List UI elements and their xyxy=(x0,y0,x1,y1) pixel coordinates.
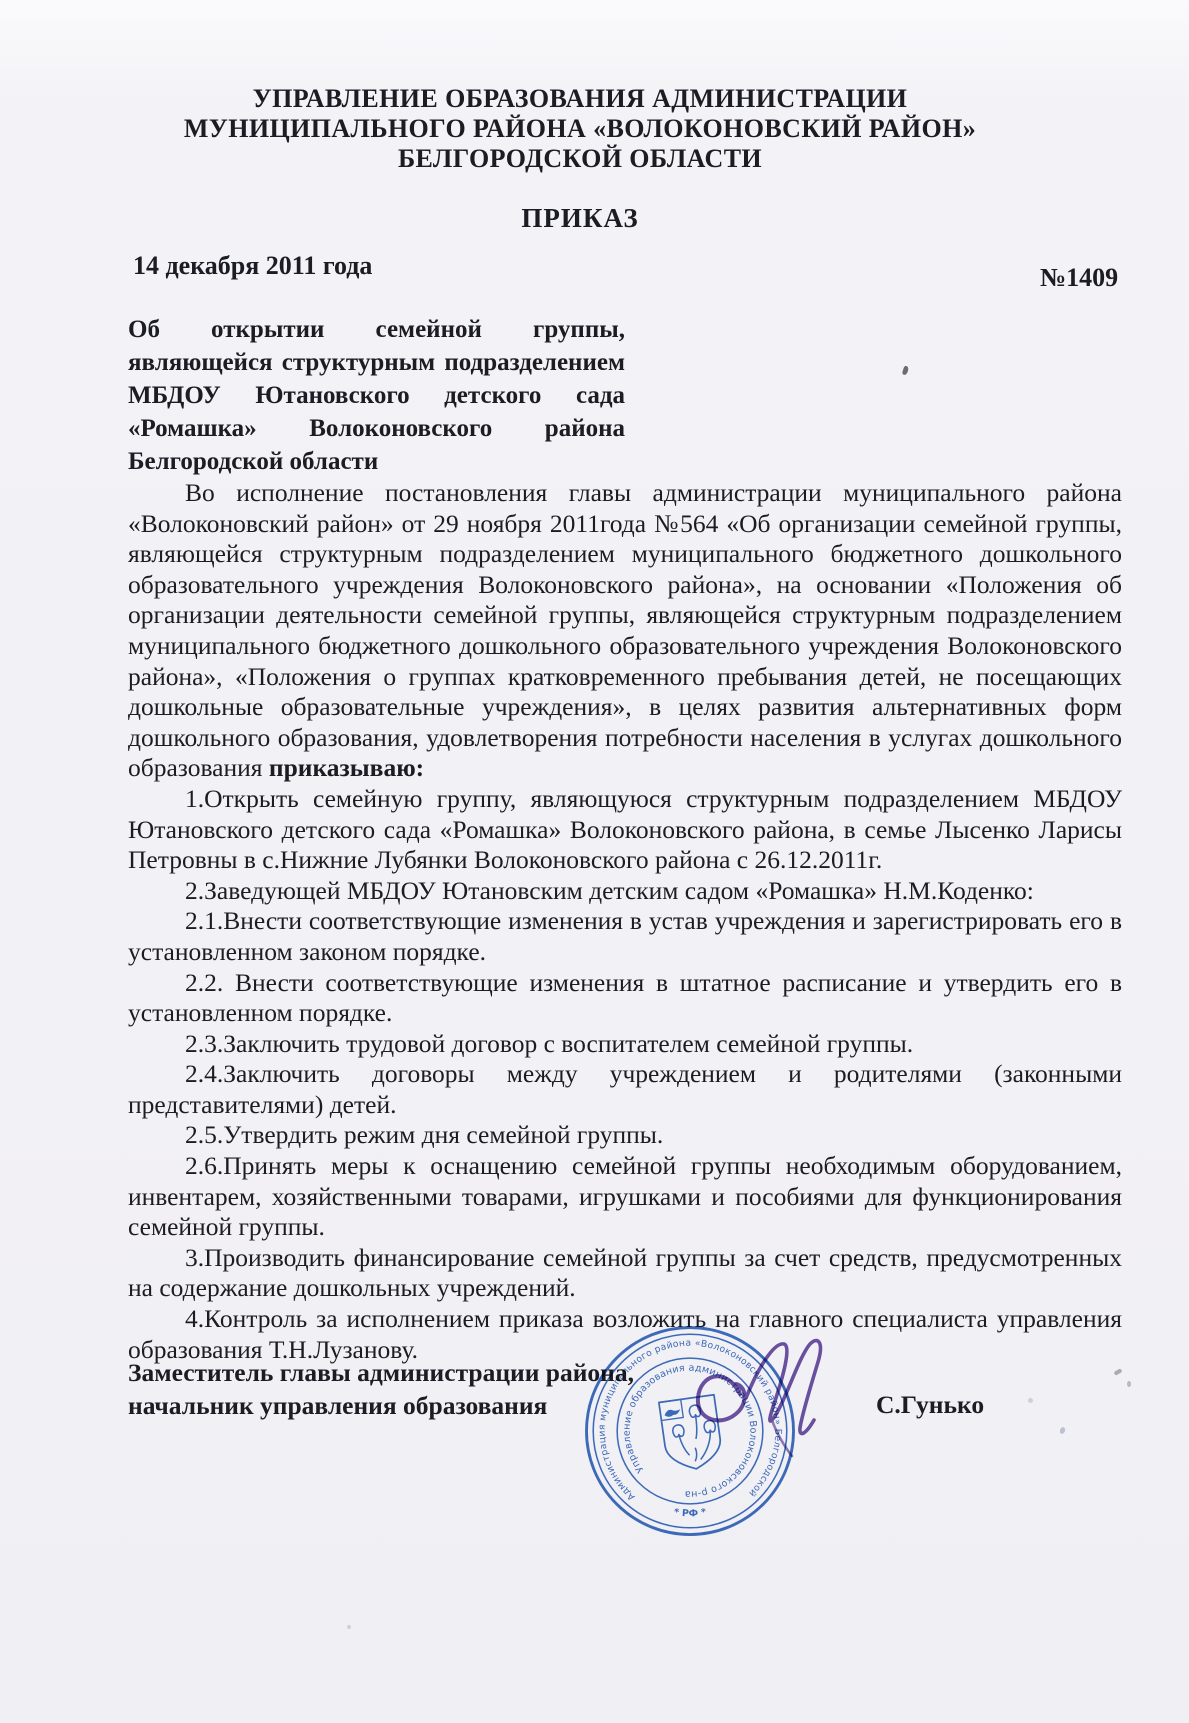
document-number: №1409 xyxy=(1040,263,1118,293)
order-item: 2.3.Заключить трудовой договор с воспита… xyxy=(128,1029,1122,1060)
issuing-authority-header: УПРАВЛЕНИЕ ОБРАЗОВАНИЯ АДМИНИСТРАЦИИ МУН… xyxy=(80,84,1080,174)
scan-artifact xyxy=(520,1140,524,1144)
handwritten-signature xyxy=(688,1328,848,1468)
order-item: 2.Заведующей МБДОУ Ютановским детским са… xyxy=(128,876,1122,907)
scan-artifact xyxy=(1059,1426,1066,1434)
authority-line-1: УПРАВЛЕНИЕ ОБРАЗОВАНИЯ АДМИНИСТРАЦИИ xyxy=(80,84,1080,114)
scanned-order-document: УПРАВЛЕНИЕ ОБРАЗОВАНИЯ АДМИНИСТРАЦИИ МУН… xyxy=(0,0,1189,1723)
document-body: Во исполнение постановления главы админи… xyxy=(128,478,1122,1365)
preamble-paragraph: Во исполнение постановления главы админи… xyxy=(128,478,1122,784)
signatory-name: С.Гунько xyxy=(876,1388,984,1421)
document-date: 14 декабря 2011 года xyxy=(133,251,372,281)
order-keyword: приказываю: xyxy=(269,753,424,782)
stamp-rf-text: * РФ * xyxy=(673,1507,707,1520)
order-item: 2.2. Внести соответствующие изменения в … xyxy=(128,968,1122,1029)
scan-artifact xyxy=(1028,1398,1033,1403)
order-item: 1.Открыть семейную группу, являющуюся ст… xyxy=(128,784,1122,876)
authority-line-2: МУНИЦИПАЛЬНОГО РАЙОНА «ВОЛОКОНОВСКИЙ РАЙ… xyxy=(80,114,1080,144)
order-item: 2.6.Принять меры к оснащению семейной гр… xyxy=(128,1151,1122,1243)
scan-artifact xyxy=(1127,1381,1131,1387)
order-item: 3.Производить финансирование семейной гр… xyxy=(128,1243,1122,1304)
scan-artifact xyxy=(347,1625,351,1629)
order-item: 2.4.Заключить договоры между учреждением… xyxy=(128,1059,1122,1120)
document-type-title: ПРИКАЗ xyxy=(80,203,1080,234)
scan-artifact xyxy=(902,365,910,375)
order-item: 2.1.Внести соответствующие изменения в у… xyxy=(128,906,1122,967)
eagle-icon xyxy=(664,1408,681,1417)
authority-line-3: БЕЛГОРОДСКОЙ ОБЛАСТИ xyxy=(80,144,1080,174)
order-item: 2.5.Утвердить режим дня семейной группы. xyxy=(128,1120,1122,1151)
preamble-text: Во исполнение постановления главы админи… xyxy=(128,478,1122,782)
document-subject: Об открытии семейной группы, являющейся … xyxy=(128,313,625,478)
